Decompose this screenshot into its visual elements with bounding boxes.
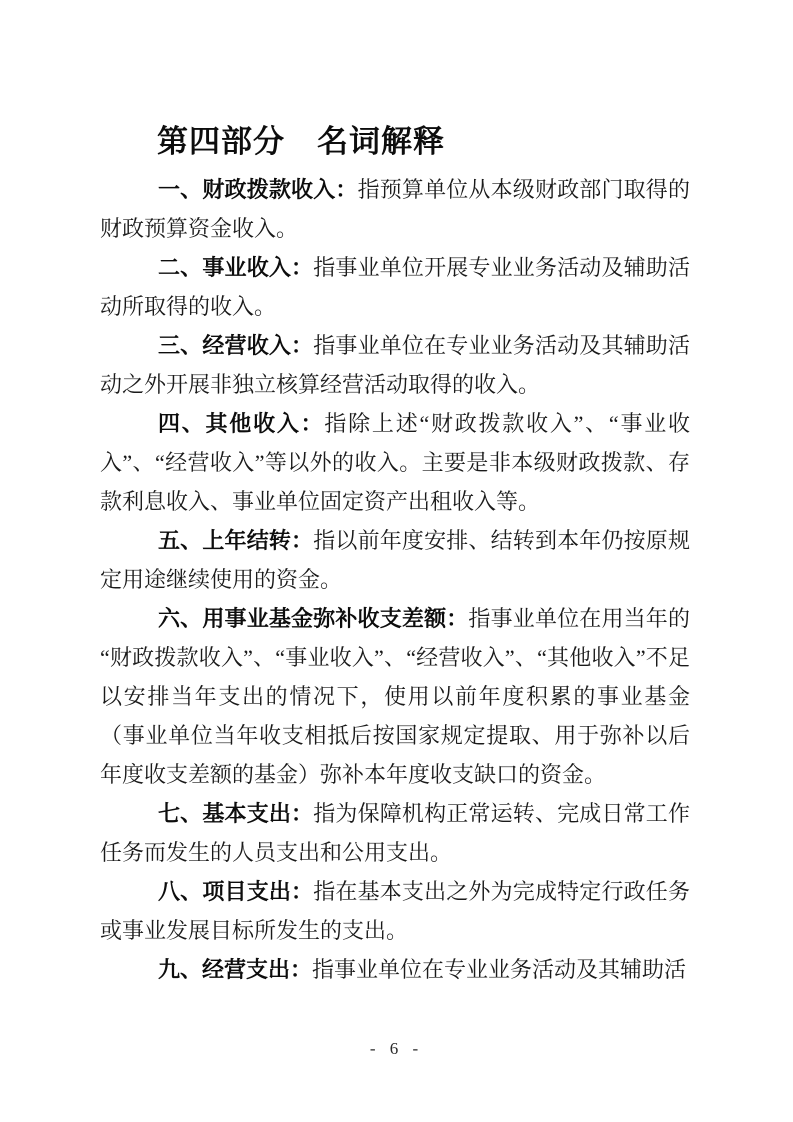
document-body: 一、财政拨款收入：指预算单位从本级财政部门取得的财政预算资金收入。 二、事业收入…	[100, 170, 690, 989]
term-paragraph: 一、财政拨款收入：指预算单位从本级财政部门取得的财政预算资金收入。	[100, 170, 690, 248]
term-label: 三、经营收入：	[158, 333, 313, 358]
term-definition: 指事业单位在专业业务活动及其辅助活	[312, 957, 686, 982]
term-label: 五、上年结转：	[158, 528, 313, 553]
term-paragraph: 九、经营支出：指事业单位在专业业务活动及其辅助活	[100, 950, 690, 989]
term-label: 四、其他收入：	[158, 411, 324, 436]
term-paragraph: 六、用事业基金弥补收支差额：指事业单位在用当年的“财政拨款收入”、“事业收入”、…	[100, 599, 690, 794]
term-label: 八、项目支出：	[158, 879, 313, 904]
document-page: 第四部分 名词解释 一、财政拨款收入：指预算单位从本级财政部门取得的财政预算资金…	[0, 0, 793, 1122]
term-label: 一、财政拨款收入：	[158, 177, 358, 202]
term-paragraph: 三、经营收入：指事业单位在专业业务活动及其辅助活动之外开展非独立核算经营活动取得…	[100, 326, 690, 404]
term-paragraph: 二、事业收入：指事业单位开展专业业务活动及辅助活动所取得的收入。	[100, 248, 690, 326]
page-number: - 6 -	[0, 1039, 793, 1059]
page-title: 第四部分 名词解释	[157, 116, 445, 161]
term-label: 七、基本支出：	[158, 801, 313, 826]
term-paragraph: 四、其他收入：指除上述“财政拨款收入”、“事业收入”、“经营收入”等以外的收入。…	[100, 404, 690, 521]
term-paragraph: 五、上年结转：指以前年度安排、结转到本年仍按原规定用途继续使用的资金。	[100, 521, 690, 599]
term-label: 二、事业收入：	[158, 255, 313, 280]
term-label: 九、经营支出：	[158, 957, 312, 982]
term-label: 六、用事业基金弥补收支差额：	[158, 606, 468, 631]
term-paragraph: 八、项目支出：指在基本支出之外为完成特定行政任务或事业发展目标所发生的支出。	[100, 872, 690, 950]
term-paragraph: 七、基本支出：指为保障机构正常运转、完成日常工作任务而发生的人员支出和公用支出。	[100, 794, 690, 872]
term-definition: 指事业单位在用当年的“财政拨款收入”、“事业收入”、“经营收入”、“其他收入”不…	[100, 606, 690, 787]
